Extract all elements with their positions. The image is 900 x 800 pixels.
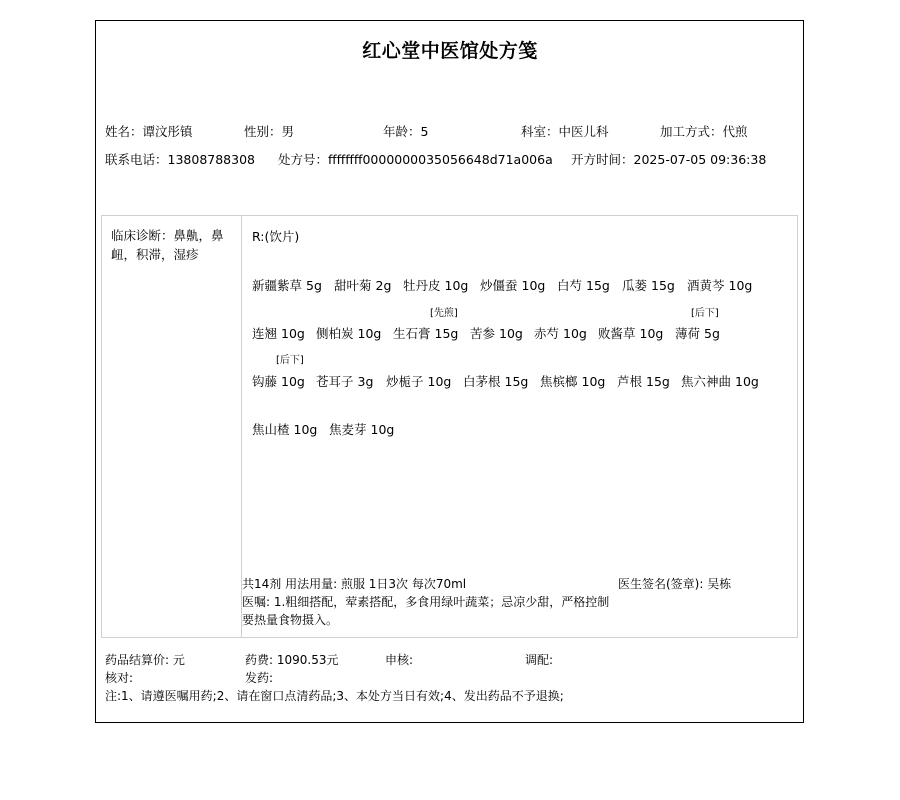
settle-price-value: 元 <box>173 653 185 667</box>
herb-dose: 15g <box>586 278 610 293</box>
settle-price-label: 药品结算价: <box>105 653 169 667</box>
rx-time-value: 2025-07-05 09:36:38 <box>634 152 767 167</box>
phone-field: 联系电话：13808788308 <box>105 150 255 168</box>
herb-item: 炒栀子 10g <box>386 372 451 390</box>
department-field: 科室：中医儿科 <box>521 122 609 140</box>
processing-field: 加工方式：代煎 <box>660 122 748 140</box>
doctor-signature: 医生签名(签章): 吴栋 <box>618 575 731 592</box>
drug-fee-value: 1090.53元 <box>277 653 339 667</box>
herb-name: 牡丹皮 <box>403 278 441 293</box>
herb-name: 甜叶菊 <box>334 278 372 293</box>
herb-dose: 10g <box>640 326 664 341</box>
patient-name-field: 姓名：谭汶彤镇 <box>105 122 193 140</box>
herb-item: 焦槟榔 10g <box>540 372 605 390</box>
herb-item: 赤芍 10g <box>534 324 587 342</box>
phone-label: 联系电话： <box>105 152 168 167</box>
processing-value: 代煎 <box>723 124 748 139</box>
phone-value: 13808788308 <box>168 152 255 167</box>
department-value: 中医儿科 <box>559 124 609 139</box>
herb-dose: 10g <box>281 326 305 341</box>
rx-number-label: 处方号： <box>278 152 328 167</box>
department-label: 科室： <box>521 124 559 139</box>
herb-dose: 10g <box>729 278 753 293</box>
dispense-label: 调配: <box>525 651 553 668</box>
herb-item: 败酱草 10g <box>598 324 663 342</box>
rx-time-field: 开方时间：2025-07-05 09:36:38 <box>571 150 766 168</box>
patient-name-label: 姓名： <box>105 124 143 139</box>
age-value: 5 <box>421 124 429 139</box>
herb-name: 白芍 <box>557 278 582 293</box>
herb-name: 焦麦芽 <box>329 422 367 437</box>
herb-dose: 10g <box>499 326 523 341</box>
herb-name: 芦根 <box>617 374 642 389</box>
rx-time-label: 开方时间： <box>571 152 634 167</box>
rx-label: R:(饮片) <box>252 227 299 245</box>
herb-name: 白茅根 <box>463 374 501 389</box>
herb-item: 生石膏 15g <box>393 324 458 342</box>
usage-dosage: 共14剂 用法用量: 煎服 1日3次 每次70ml <box>242 575 617 593</box>
herb-name: 新疆紫草 <box>252 278 302 293</box>
herb-dose: 10g <box>281 374 305 389</box>
herb-name: 苦参 <box>470 326 495 341</box>
drug-fee-label: 药费: <box>245 653 273 667</box>
herb-note-add-later: [后下] <box>276 351 304 366</box>
herb-name: 钩藤 <box>252 374 277 389</box>
herb-dose: 10g <box>445 278 469 293</box>
herb-item: 焦六神曲 10g <box>681 372 759 390</box>
herb-dose: 3g <box>358 374 374 389</box>
review-label: 申核: <box>385 651 413 668</box>
herb-item: 白芍 15g <box>557 276 610 294</box>
doctor-signature-label: 医生签名(签章): <box>618 577 703 591</box>
herb-item: 薄荷 5g <box>675 324 720 342</box>
rx-number-value: ffffffff0000000035056648d71a006a <box>328 152 553 167</box>
clinical-diagnosis: 临床诊断：鼻鼽，鼻衄，积滞，湿疹 <box>111 226 235 264</box>
herb-item: 焦麦芽 10g <box>329 420 394 438</box>
herb-item: 苍耳子 3g <box>316 372 373 390</box>
herb-name: 焦六神曲 <box>681 374 731 389</box>
gender-value: 男 <box>282 124 295 139</box>
herb-note-add-later: [后下] <box>691 304 719 319</box>
patient-name-value: 谭汶彤镇 <box>143 124 193 139</box>
herb-name: 薄荷 <box>675 326 700 341</box>
check-label: 核对: <box>105 669 133 686</box>
herb-note-decoct-first: [先煎] <box>430 304 458 319</box>
footer-notes: 注:1、请遵医嘱用药;2、请在窗口点清药品;3、本处方当日有效;4、发出药品不予… <box>105 687 564 704</box>
gender-label: 性别： <box>244 124 282 139</box>
herb-dose: 15g <box>435 326 459 341</box>
herb-dose: 5g <box>306 278 322 293</box>
herb-name: 炒僵蚕 <box>480 278 518 293</box>
settle-price: 药品结算价: 元 <box>105 651 185 668</box>
herb-dose: 10g <box>371 422 395 437</box>
herb-item: 焦山楂 10g <box>252 420 317 438</box>
herb-item: 瓜蒌 15g <box>622 276 675 294</box>
doctor-name: 吴栋 <box>707 577 731 591</box>
herb-item: 炒僵蚕 10g <box>480 276 545 294</box>
herb-dose: 15g <box>646 374 670 389</box>
herb-item: 新疆紫草 5g <box>252 276 322 294</box>
herb-name: 连翘 <box>252 326 277 341</box>
herb-name: 焦山楂 <box>252 422 290 437</box>
herb-name: 苍耳子 <box>316 374 354 389</box>
herb-item: 侧柏炭 10g <box>316 324 381 342</box>
herb-dose: 2g <box>376 278 392 293</box>
herb-dose: 10g <box>582 374 606 389</box>
medical-advice: 医嘱: 1.粗细搭配，荤素搭配，多食用绿叶蔬菜；忌凉少甜，严格控制要热量食物摄入… <box>242 593 617 629</box>
herb-dose: 5g <box>704 326 720 341</box>
herb-dose: 10g <box>428 374 452 389</box>
herb-dose: 10g <box>522 278 546 293</box>
herb-name: 瓜蒌 <box>622 278 647 293</box>
herb-dose: 10g <box>735 374 759 389</box>
diagnosis-label: 临床诊断： <box>111 228 174 243</box>
herb-name: 侧柏炭 <box>316 326 354 341</box>
herb-item: 牡丹皮 10g <box>403 276 468 294</box>
herb-dose: 10g <box>294 422 318 437</box>
herb-dose: 10g <box>563 326 587 341</box>
herb-dose: 15g <box>505 374 529 389</box>
herb-item: 连翘 10g <box>252 324 305 342</box>
age-field: 年龄：5 <box>383 122 428 140</box>
herb-name: 败酱草 <box>598 326 636 341</box>
herb-dose: 15g <box>651 278 675 293</box>
herb-item: 白茅根 15g <box>463 372 528 390</box>
drug-fee: 药费: 1090.53元 <box>245 651 339 668</box>
usage-section: 共14剂 用法用量: 煎服 1日3次 每次70ml 医嘱: 1.粗细搭配，荤素搭… <box>242 575 617 629</box>
herb-item: 酒黄芩 10g <box>687 276 752 294</box>
herb-name: 酒黄芩 <box>687 278 725 293</box>
age-label: 年龄： <box>383 124 421 139</box>
herb-name: 炒栀子 <box>386 374 424 389</box>
gender-field: 性别：男 <box>244 122 294 140</box>
page-title: 红心堂中医馆处方笺 <box>95 36 805 63</box>
herb-item: 甜叶菊 2g <box>334 276 391 294</box>
herb-item: 钩藤 10g <box>252 372 305 390</box>
herb-name: 赤芍 <box>534 326 559 341</box>
herb-name: 焦槟榔 <box>540 374 578 389</box>
issue-label: 发药: <box>245 669 273 686</box>
herb-item: 苦参 10g <box>470 324 523 342</box>
herb-dose: 10g <box>358 326 382 341</box>
rx-number-field: 处方号：ffffffff0000000035056648d71a006a <box>278 150 553 168</box>
herb-item: 芦根 15g <box>617 372 670 390</box>
herb-name: 生石膏 <box>393 326 431 341</box>
processing-label: 加工方式： <box>660 124 723 139</box>
